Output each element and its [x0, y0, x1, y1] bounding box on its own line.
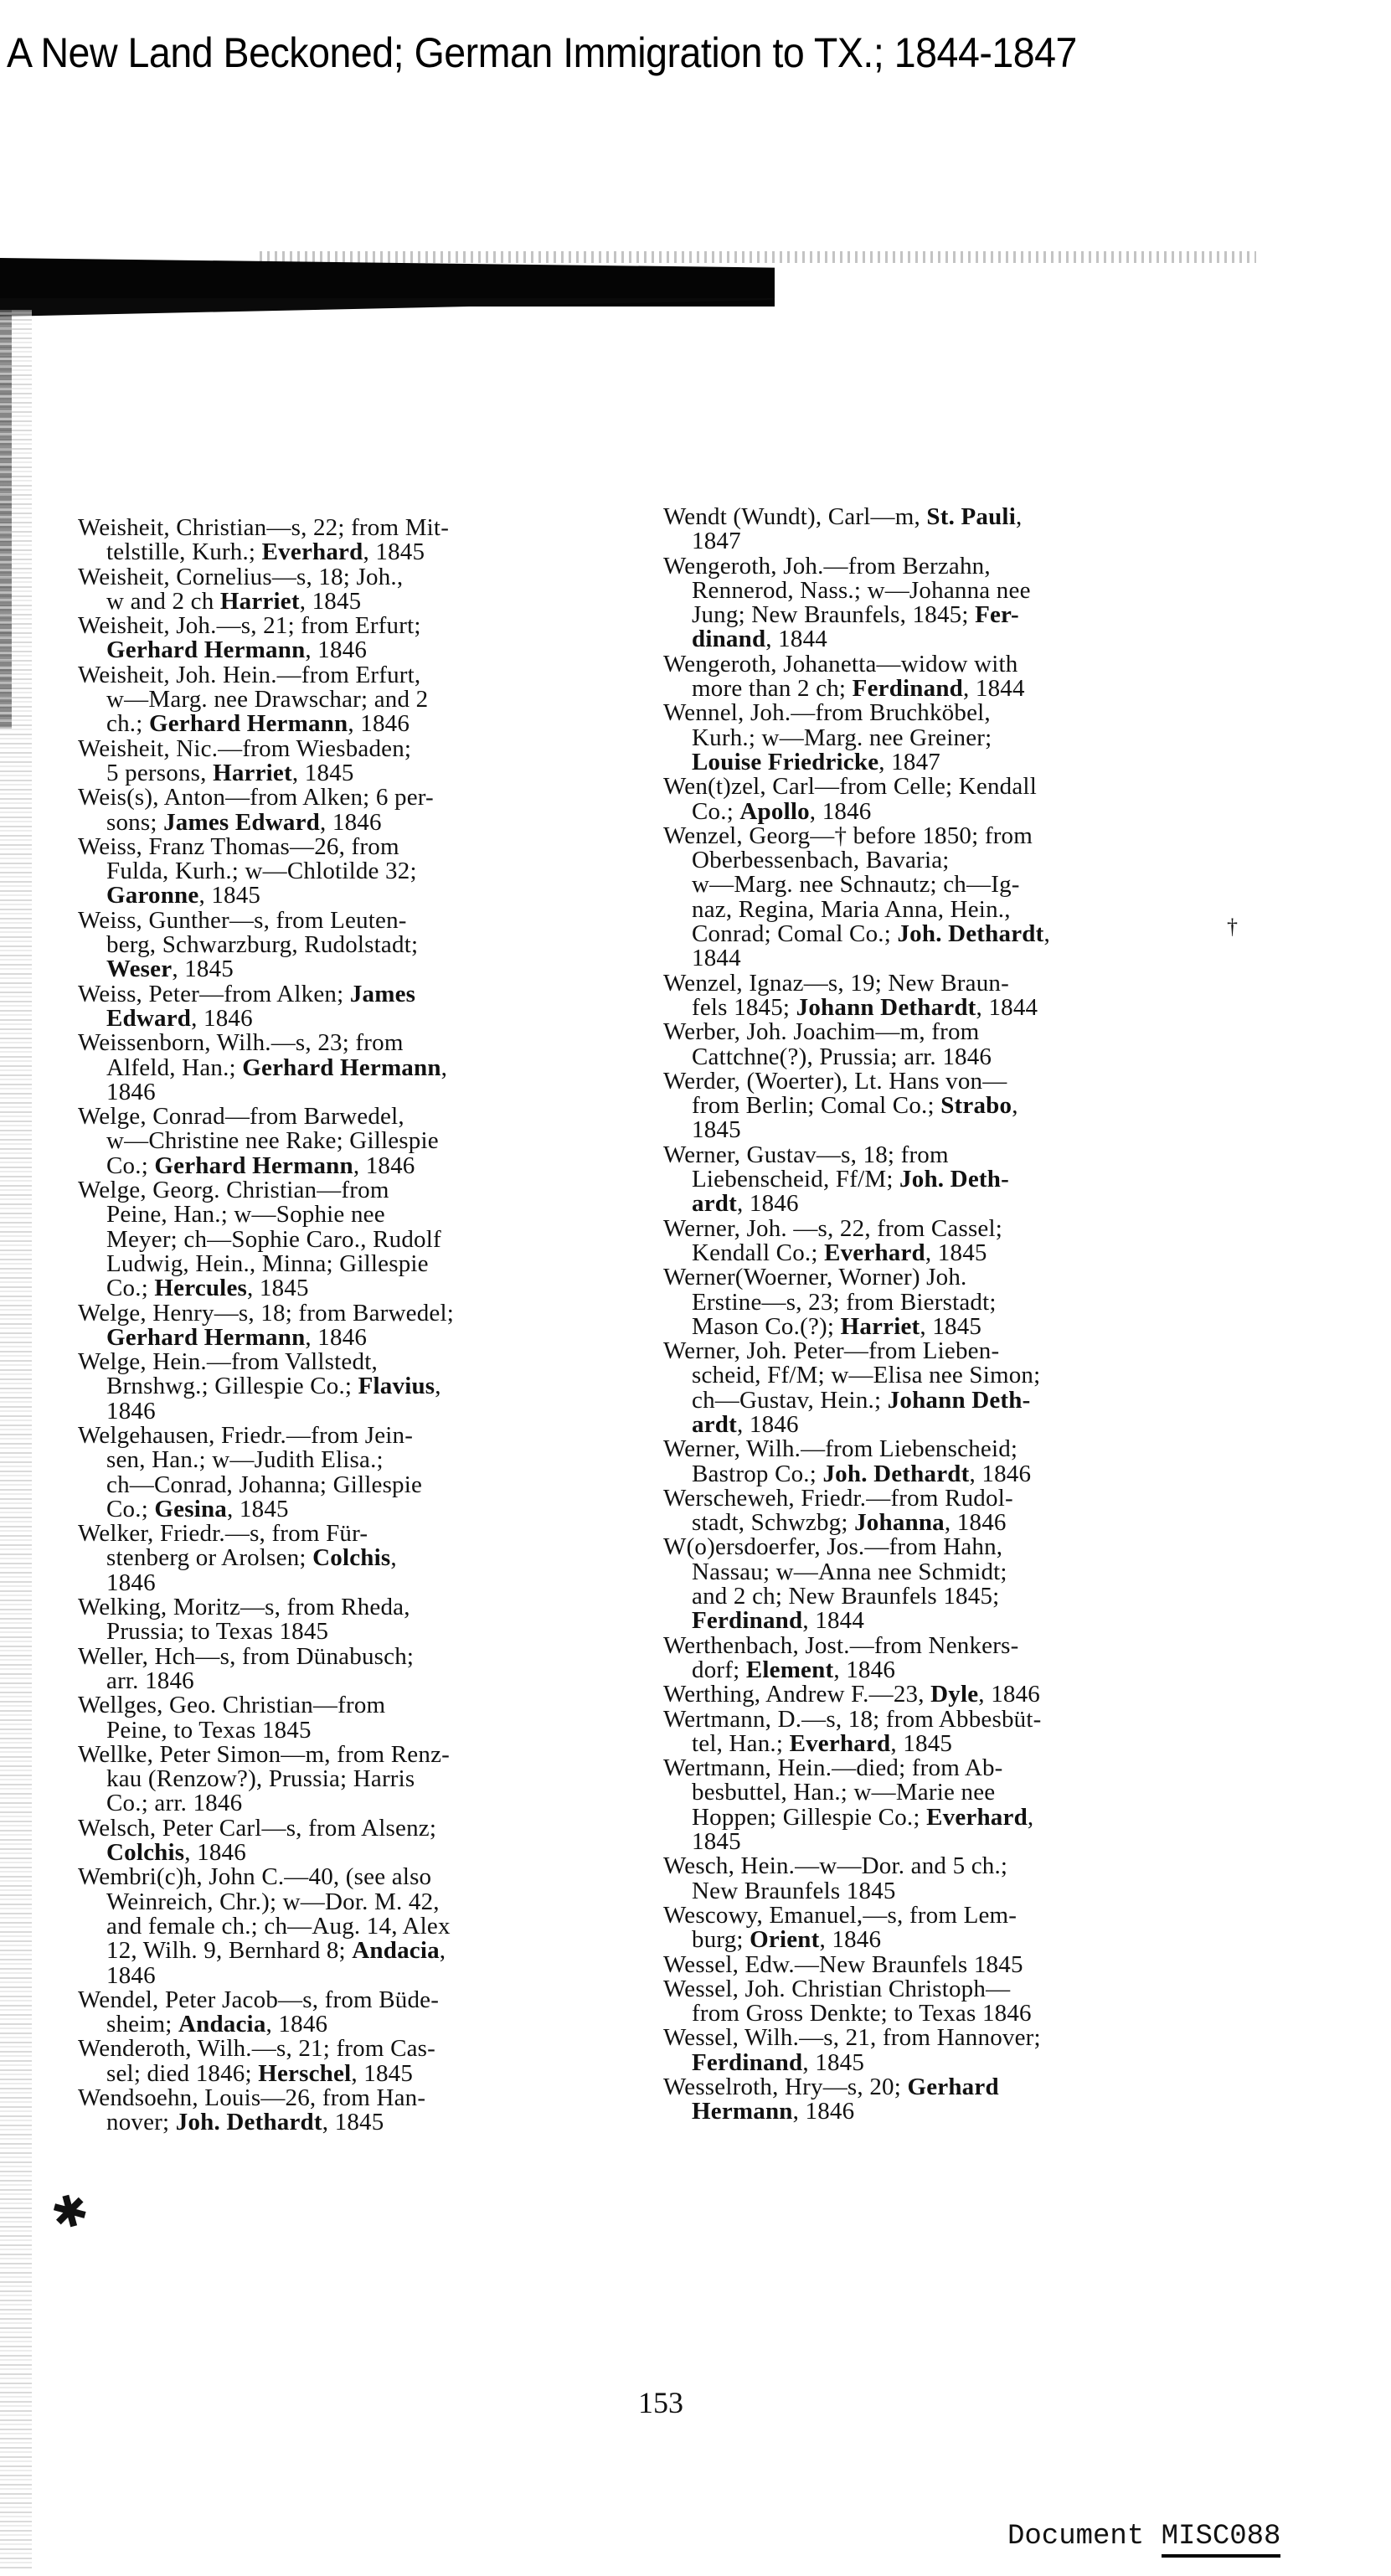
- entry-text: , 1846: [978, 1681, 1040, 1708]
- entry-text: Wengeroth, Joh.—from Berzahn,: [663, 553, 991, 580]
- entry-text: 1845: [692, 1828, 741, 1855]
- entry-continuation: sel; died 1846; Herschel, 1845: [78, 2062, 614, 2086]
- entry-text: Werder, (Woerter), Lt. Hans von—: [663, 1068, 1007, 1095]
- entry-continuation: Co.; arr. 1846: [78, 1791, 614, 1816]
- entry-text: Werner, Gustav—s, 18; from: [663, 1141, 949, 1168]
- document-id: MISC088: [1162, 2521, 1281, 2558]
- entry-headline: Welker, Friedr.—s, from Für-: [78, 1522, 614, 1546]
- entry-text: , 1846: [266, 2011, 328, 2038]
- entry-text: Weisheit, Cornelius—s, 18; Joh.,: [78, 564, 403, 590]
- entry-continuation: New Braunfels 1845: [663, 1879, 1216, 1904]
- entry-text: , 1846: [348, 710, 410, 737]
- directory-entry: Weissenborn, Wilh.—s, 23; fromAlfeld, Ha…: [78, 1031, 614, 1105]
- handwritten-asterisk-icon: ✱: [46, 2183, 95, 2241]
- directory-entry: Wescowy, Emanuel,—s, from Lem-burg; Orie…: [663, 1904, 1216, 1953]
- directory-entry: Wellges, Geo. Christian—fromPeine, to Te…: [78, 1693, 614, 1743]
- entry-text: Werthing, Andrew F.—23,: [663, 1681, 930, 1708]
- entry-headline: Wertmann, Hein.—died; from Ab-: [663, 1756, 1216, 1780]
- entry-text: and 2 ch; New Braunfels 1845;: [692, 1583, 999, 1610]
- entry-text: Welgehausen, Friedr.—from Jein-: [78, 1422, 413, 1449]
- entry-text: Wessel, Wilh.—s, 21, from Hannover;: [663, 2024, 1041, 2051]
- entry-headline: Welge, Georg. Christian—from: [78, 1178, 614, 1203]
- entry-text: w—Marg. nee Schnautz; ch—Ig-: [692, 871, 1020, 898]
- entry-text: , 1845: [363, 538, 425, 565]
- ship-name: Everhard: [790, 1730, 891, 1757]
- directory-entry: Wessel, Edw.—New Braunfels 1845: [663, 1953, 1216, 1977]
- entry-text: , 1845: [351, 2060, 413, 2087]
- entry-headline: Wendel, Peter Jacob—s, from Büde-: [78, 1988, 614, 2012]
- left-column: Weisheit, Christian—s, 22; from Mit-tels…: [78, 516, 614, 2136]
- directory-entry: Wesch, Hein.—w—Dor. and 5 ch.;New Braunf…: [663, 1854, 1216, 1904]
- entry-continuation: Cattchne(?), Prussia; arr. 1846: [663, 1045, 1216, 1069]
- entry-text: from Berlin; Comal Co.;: [692, 1092, 940, 1119]
- entry-text: 1844: [692, 945, 741, 971]
- entry-continuation: Weser, 1845: [78, 957, 614, 981]
- entry-continuation: naz, Regina, Maria Anna, Hein.,: [663, 898, 1216, 922]
- directory-entry: Welge, Henry—s, 18; from Barwedel;Gerhar…: [78, 1301, 614, 1351]
- entry-text: Mason Co.(?);: [692, 1313, 841, 1340]
- entry-text: , 1846: [819, 1926, 881, 1953]
- entry-continuation: 1846: [78, 1080, 614, 1105]
- entry-text: Alfeld, Han.;: [106, 1054, 242, 1081]
- directory-entry: Weisheit, Christian—s, 22; from Mit-tels…: [78, 516, 614, 565]
- entry-continuation: Alfeld, Han.; Gerhard Hermann,: [78, 1056, 614, 1080]
- entry-continuation: 1846: [78, 1964, 614, 1988]
- directory-entry: Weiss, Gunther—s, from Leuten-berg, Schw…: [78, 909, 614, 982]
- directory-entry: Welking, Moritz—s, from Rheda,Prussia; t…: [78, 1595, 614, 1645]
- ship-name: Everhard: [926, 1804, 1028, 1831]
- entry-text: , 1845: [920, 1313, 981, 1340]
- entry-continuation: Louise Friedricke, 1847: [663, 750, 1216, 775]
- entry-headline: Weisheit, Cornelius—s, 18; Joh.,: [78, 565, 614, 590]
- entry-headline: Welge, Conrad—from Barwedel,: [78, 1105, 614, 1129]
- entry-continuation: 12, Wilh. 9, Bernhard 8; Andacia,: [78, 1939, 614, 1963]
- entry-text: stadt, Schwzbg;: [692, 1509, 854, 1536]
- directory-entry: Wessel, Joh. Christian Christoph—from Gr…: [663, 1977, 1216, 2027]
- ship-name: Johann Deth-: [888, 1387, 1031, 1414]
- entry-continuation: burg; Orient, 1846: [663, 1928, 1216, 1952]
- ship-name: Colchis: [106, 1839, 184, 1866]
- entry-text: Weisheit, Nic.—from Wiesbaden;: [78, 735, 411, 762]
- entry-continuation: from Gross Denkte; to Texas 1846: [663, 2002, 1216, 2026]
- entry-text: Wertmann, Hein.—died; from Ab-: [663, 1754, 1003, 1781]
- entry-text: naz, Regina, Maria Anna, Hein.,: [692, 896, 1011, 923]
- entry-headline: Werner, Joh. Peter—from Lieben-: [663, 1339, 1216, 1363]
- entry-text: Werner, Wilh.—from Liebenscheid;: [663, 1435, 1017, 1462]
- entry-continuation: Garonne, 1845: [78, 884, 614, 908]
- entry-text: , 1845: [890, 1730, 952, 1757]
- entry-text: ,: [441, 1054, 447, 1081]
- entry-text: Wellke, Peter Simon—m, from Renz-: [78, 1741, 450, 1768]
- entry-continuation: kau (Renzow?), Prussia; Harris: [78, 1767, 614, 1791]
- entry-continuation: w—Christine nee Rake; Gillespie: [78, 1129, 614, 1153]
- entry-continuation: stadt, Schwzbg; Johanna, 1846: [663, 1511, 1216, 1535]
- entry-text: , 1846: [810, 798, 872, 825]
- directory-entry: Wenzel, Georg—† before 1850; fromOberbes…: [663, 824, 1216, 971]
- ship-name: Harriet: [213, 760, 292, 786]
- directory-entry: Wembri(c)h, John C.—40, (see alsoWeinrei…: [78, 1865, 614, 1987]
- entry-continuation: Co.; Gesina, 1845: [78, 1497, 614, 1522]
- entry-continuation: 1846: [78, 1571, 614, 1595]
- entry-text: 1846: [106, 1962, 156, 1989]
- entry-headline: Wengeroth, Joh.—from Berzahn,: [663, 554, 1216, 579]
- entry-continuation: Mason Co.(?); Harriet, 1845: [663, 1315, 1216, 1339]
- entry-text: scheid, Ff/M; w—Elisa nee Simon;: [692, 1362, 1040, 1388]
- entry-text: Welsch, Peter Carl—s, from Alsenz;: [78, 1815, 436, 1842]
- entry-headline: Wesselroth, Hry—s, 20; Gerhard: [663, 2075, 1216, 2099]
- entry-text: Wengeroth, Johanetta—widow with: [663, 651, 1017, 677]
- entry-text: Co.;: [106, 1496, 154, 1522]
- entry-text: , 1847: [878, 749, 940, 775]
- directory-entry: Wertmann, D.—s, 18; from Abbesbüt-tel, H…: [663, 1708, 1216, 1757]
- entry-continuation: Co.; Gerhard Hermann, 1846: [78, 1154, 614, 1178]
- entry-text: Weiss, Franz Thomas—26, from: [78, 833, 399, 860]
- entry-text: Welge, Georg. Christian—from: [78, 1177, 389, 1203]
- directory-entry: Weisheit, Nic.—from Wiesbaden;5 persons,…: [78, 737, 614, 786]
- ship-name: James: [350, 981, 415, 1007]
- directory-entry: Werner, Joh. —s, 22, from Cassel;Kendall…: [663, 1217, 1216, 1266]
- directory-entry: Welge, Conrad—from Barwedel,w—Christine …: [78, 1105, 614, 1178]
- entry-continuation: more than 2 ch; Ferdinand, 1844: [663, 677, 1216, 701]
- entry-text: ch—Conrad, Johanna; Gillespie: [106, 1471, 422, 1498]
- entry-text: arr. 1846: [106, 1667, 194, 1694]
- entry-text: Welker, Friedr.—s, from Für-: [78, 1520, 368, 1547]
- entry-text: Wenzel, Ignaz—s, 19; New Braun-: [663, 970, 1009, 997]
- entry-text: and female ch.; ch—Aug. 14, Alex: [106, 1913, 451, 1940]
- directory-entry: Weiss, Peter—from Alken; JamesEdward, 18…: [78, 982, 614, 1032]
- ship-name: Edward: [106, 1005, 191, 1032]
- entry-continuation: and 2 ch; New Braunfels 1845;: [663, 1584, 1216, 1609]
- entry-continuation: w—Marg. nee Drawschar; and 2: [78, 688, 614, 712]
- entry-headline: W(o)ersdoerfer, Jos.—from Hahn,: [663, 1535, 1216, 1559]
- entry-text: , 1844: [976, 994, 1038, 1021]
- entry-text: , 1845: [300, 588, 362, 615]
- entry-continuation: Hoppen; Gillespie Co.; Everhard,: [663, 1806, 1216, 1830]
- entry-headline: Welsch, Peter Carl—s, from Alsenz;: [78, 1816, 614, 1841]
- ship-name: ardt: [692, 1411, 737, 1438]
- entry-continuation: fels 1845; Johann Dethardt, 1844: [663, 996, 1216, 1020]
- entry-text: Wendel, Peter Jacob—s, from Büde-: [78, 1986, 439, 2013]
- entry-text: Co.;: [106, 1152, 154, 1179]
- entry-text: , 1846: [305, 1324, 367, 1351]
- entry-text: Weiss, Peter—from Alken;: [78, 981, 350, 1007]
- entry-continuation: Oberbessenbach, Bavaria;: [663, 848, 1216, 873]
- entry-continuation: 1845: [663, 1830, 1216, 1854]
- entry-headline: Welge, Henry—s, 18; from Barwedel;: [78, 1301, 614, 1326]
- entry-continuation: Kendall Co.; Everhard, 1845: [663, 1241, 1216, 1265]
- entry-continuation: w—Marg. nee Schnautz; ch—Ig-: [663, 873, 1216, 897]
- entry-continuation: Rennerod, Nass.; w—Johanna nee: [663, 579, 1216, 603]
- entry-text: , 1846: [320, 809, 382, 836]
- entry-continuation: ardt, 1846: [663, 1413, 1216, 1437]
- entry-text: fels 1845;: [692, 994, 796, 1021]
- entry-headline: Wenzel, Ignaz—s, 19; New Braun-: [663, 971, 1216, 996]
- ship-name: Fer-: [975, 601, 1019, 628]
- ship-name: Johann Dethardt: [796, 994, 976, 1021]
- directory-entry: Werscheweh, Friedr.—from Rudol-stadt, Sc…: [663, 1486, 1216, 1536]
- entry-text: Conrad; Comal Co.;: [692, 920, 897, 947]
- entry-text: besbuttel, Han.; w—Marie nee: [692, 1779, 995, 1806]
- entry-text: Meyer; ch—Sophie Caro., Rudolf: [106, 1226, 441, 1253]
- entry-text: Ludwig, Hein., Minna; Gillespie: [106, 1250, 429, 1277]
- ship-name: Johanna: [854, 1509, 945, 1536]
- ship-name: Hercules: [154, 1275, 247, 1301]
- entry-continuation: Co.; Hercules, 1845: [78, 1276, 614, 1301]
- entry-text: Werber, Joh. Joachim—m, from: [663, 1018, 979, 1045]
- entry-text: Rennerod, Nass.; w—Johanna nee: [692, 577, 1031, 604]
- document-reference: Document MISC088: [1007, 2521, 1280, 2553]
- entry-text: w—Marg. nee Drawschar; and 2: [106, 686, 428, 713]
- entry-text: 1845: [692, 1116, 741, 1143]
- entry-text: Weller, Hch—s, from Dünabusch;: [78, 1643, 414, 1670]
- directory-entry: Wertmann, Hein.—died; from Ab-besbuttel,…: [663, 1756, 1216, 1854]
- entry-text: Peine, Han.; w—Sophie nee: [106, 1201, 385, 1228]
- entry-text: ch—Gustav, Hein.;: [692, 1387, 888, 1414]
- entry-text: ,: [1012, 1092, 1017, 1119]
- directory-entry: Wendsoehn, Louis—26, from Han-nover; Joh…: [78, 2086, 614, 2136]
- entry-continuation: w and 2 ch Harriet, 1845: [78, 590, 614, 614]
- entry-text: Co.;: [692, 798, 739, 825]
- entry-text: Weisheit, Christian—s, 22; from Mit-: [78, 514, 449, 541]
- entry-continuation: Ferdinand, 1845: [663, 2051, 1216, 2075]
- document-title: A New Land Beckoned; German Immigration …: [7, 28, 1292, 77]
- entry-text: nover;: [106, 2109, 176, 2136]
- entry-headline: Weisheit, Joh. Hein.—from Erfurt,: [78, 663, 614, 688]
- entry-continuation: sons; James Edward, 1846: [78, 811, 614, 835]
- entry-continuation: 1844: [663, 946, 1216, 971]
- entry-continuation: Conrad; Comal Co.; Joh. Dethardt,: [663, 922, 1216, 946]
- entry-text: Welge, Henry—s, 18; from Barwedel;: [78, 1300, 454, 1327]
- ship-name: Louise Friedricke: [692, 749, 878, 775]
- directory-entry: Werber, Joh. Joachim—m, fromCattchne(?),…: [663, 1020, 1216, 1069]
- entry-headline: Wennel, Joh.—from Bruchköbel,: [663, 701, 1216, 725]
- ship-name: dinand: [692, 626, 765, 652]
- entry-continuation: Bastrop Co.; Joh. Dethardt, 1846: [663, 1462, 1216, 1486]
- entry-continuation: Edward, 1846: [78, 1007, 614, 1031]
- directory-entry: Werthenbach, Jost.—from Nenkers-dorf; El…: [663, 1634, 1216, 1683]
- ship-name: ardt: [692, 1190, 737, 1217]
- entry-continuation: Ferdinand, 1844: [663, 1609, 1216, 1633]
- entry-headline: Werner, Gustav—s, 18; from: [663, 1143, 1216, 1167]
- entry-text: ,: [1028, 1804, 1033, 1831]
- entry-text: Wertmann, D.—s, 18; from Abbesbüt-: [663, 1706, 1042, 1733]
- directory-entry: Werthing, Andrew F.—23, Dyle, 1846: [663, 1682, 1216, 1707]
- entry-text: New Braunfels 1845: [692, 1878, 896, 1904]
- entry-continuation: 1847: [663, 529, 1216, 554]
- directory-entry: Wendel, Peter Jacob—s, from Büde-sheim; …: [78, 1988, 614, 2038]
- directory-entry: Welsch, Peter Carl—s, from Alsenz;Colchi…: [78, 1816, 614, 1866]
- entry-headline: Weis(s), Anton—from Alken; 6 per-: [78, 786, 614, 810]
- directory-entry: Wenderoth, Wilh.—s, 21; from Cas-sel; di…: [78, 2037, 614, 2086]
- ship-name: Gerhard Hermann: [106, 1324, 305, 1351]
- directory-entry: Welker, Friedr.—s, from Für-stenberg or …: [78, 1522, 614, 1595]
- entry-text: ,: [1016, 503, 1022, 530]
- ship-name: Strabo: [940, 1092, 1012, 1119]
- entry-text: w and 2 ch: [106, 588, 220, 615]
- entry-text: , 1844: [802, 1607, 864, 1634]
- entry-headline: Weiss, Peter—from Alken; James: [78, 982, 614, 1007]
- entry-continuation: 1846: [78, 1399, 614, 1424]
- entry-text: , 1845: [292, 760, 354, 786]
- directory-entry: Wen(t)zel, Carl—from Celle; KendallCo.; …: [663, 775, 1216, 824]
- entry-continuation: stenberg or Arolsen; Colchis,: [78, 1546, 614, 1570]
- directory-entry: Werner, Wilh.—from Liebenscheid;Bastrop …: [663, 1437, 1216, 1486]
- scan-shadow-bar-lower: [0, 298, 775, 317]
- entry-text: sel; died 1846;: [106, 2060, 258, 2087]
- entry-headline: Wendsoehn, Louis—26, from Han-: [78, 2086, 614, 2110]
- entry-text: stenberg or Arolsen;: [106, 1544, 312, 1571]
- entry-headline: Wenzel, Georg—† before 1850; from: [663, 824, 1216, 848]
- directory-entry: Wessel, Wilh.—s, 21, from Hannover;Ferdi…: [663, 2026, 1216, 2075]
- entry-text: Wellges, Geo. Christian—from: [78, 1692, 385, 1718]
- entry-text: Brnshwg.; Gillespie Co.;: [106, 1373, 358, 1399]
- ship-name: Weser: [106, 956, 172, 982]
- entry-continuation: Meyer; ch—Sophie Caro., Rudolf: [78, 1228, 614, 1252]
- entry-continuation: ch—Gustav, Hein.; Johann Deth-: [663, 1388, 1216, 1413]
- entry-text: 1846: [106, 1079, 156, 1105]
- entry-headline: Wengeroth, Johanetta—widow with: [663, 652, 1216, 677]
- directory-entry: Wengeroth, Johanetta—widow withmore than…: [663, 652, 1216, 702]
- entry-text: berg, Schwarzburg, Rudolstadt;: [106, 931, 418, 958]
- entry-continuation: berg, Schwarzburg, Rudolstadt;: [78, 933, 614, 957]
- entry-continuation: ardt, 1846: [663, 1192, 1216, 1216]
- entry-text: , 1846: [737, 1411, 799, 1438]
- entry-headline: Wertmann, D.—s, 18; from Abbesbüt-: [663, 1708, 1216, 1732]
- entry-text: Oberbessenbach, Bavaria;: [692, 847, 950, 873]
- ship-name: Joh. Dethardt: [176, 2109, 322, 2136]
- entry-text: ,: [440, 1937, 446, 1964]
- entry-text: , 1845: [247, 1275, 309, 1301]
- entry-headline: Weisheit, Christian—s, 22; from Mit-: [78, 516, 614, 540]
- entry-continuation: Brnshwg.; Gillespie Co.; Flavius,: [78, 1374, 614, 1399]
- entry-continuation: from Berlin; Comal Co.; Strabo,: [663, 1094, 1216, 1118]
- entry-text: , 1845: [172, 956, 234, 982]
- entry-text: , 1845: [925, 1239, 987, 1266]
- entry-text: Wen(t)zel, Carl—from Celle; Kendall: [663, 773, 1037, 800]
- entry-text: ,: [435, 1373, 440, 1399]
- entry-continuation: Prussia; to Texas 1845: [78, 1620, 614, 1644]
- entry-continuation: tel, Han.; Everhard, 1845: [663, 1732, 1216, 1756]
- entry-text: , 1846: [945, 1509, 1007, 1536]
- entry-text: Nassau; w—Anna nee Schmidt;: [692, 1558, 1007, 1585]
- entry-headline: Welge, Hein.—from Vallstedt,: [78, 1350, 614, 1374]
- entry-text: Welking, Moritz—s, from Rheda,: [78, 1594, 410, 1620]
- entry-text: more than 2 ch;: [692, 675, 853, 702]
- directory-entry: Wenzel, Ignaz—s, 19; New Braun-fels 1845…: [663, 971, 1216, 1021]
- entry-continuation: Co.; Apollo, 1846: [663, 800, 1216, 824]
- entry-headline: Weisheit, Joh.—s, 21; from Erfurt;: [78, 614, 614, 638]
- entry-continuation: Fulda, Kurh.; w—Chlotilde 32;: [78, 859, 614, 884]
- ship-name: Ferdinand: [692, 1607, 802, 1634]
- entry-continuation: nover; Joh. Dethardt, 1845: [78, 2110, 614, 2135]
- entry-headline: Weiss, Franz Thomas—26, from: [78, 835, 614, 859]
- entry-text: , 1845: [227, 1496, 289, 1522]
- entry-continuation: 5 persons, Harriet, 1845: [78, 761, 614, 786]
- entry-text: Jung; New Braunfels, 1845;: [692, 601, 975, 628]
- ship-name: Gerhard Hermann: [149, 710, 348, 737]
- directory-entry: Wendt (Wundt), Carl—m, St. Pauli,1847: [663, 505, 1216, 554]
- entry-text: , 1845: [198, 882, 260, 909]
- entry-text: sen, Han.; w—Judith Elisa.;: [106, 1446, 384, 1473]
- ship-name: St. Pauli: [926, 503, 1016, 530]
- entry-text: W(o)ersdoerfer, Jos.—from Hahn,: [663, 1533, 1002, 1560]
- entry-headline: Wesch, Hein.—w—Dor. and 5 ch.;: [663, 1854, 1216, 1878]
- ship-name: Flavius: [358, 1373, 435, 1399]
- entry-headline: Werber, Joh. Joachim—m, from: [663, 1020, 1216, 1044]
- entry-text: Weiss, Gunther—s, from Leuten-: [78, 907, 407, 934]
- entry-text: 1846: [106, 1569, 156, 1596]
- directory-entry: Weisheit, Cornelius—s, 18; Joh.,w and 2 …: [78, 565, 614, 615]
- directory-entry: Weller, Hch—s, from Dünabusch;arr. 1846: [78, 1645, 614, 1694]
- entry-text: Co.;: [106, 1275, 154, 1301]
- entry-continuation: sen, Han.; w—Judith Elisa.;: [78, 1448, 614, 1472]
- entry-text: telstille, Kurh.;: [106, 538, 262, 565]
- ship-name: Colchis: [312, 1544, 390, 1571]
- entry-continuation: Peine, Han.; w—Sophie nee: [78, 1203, 614, 1227]
- entry-text: 5 persons,: [106, 760, 213, 786]
- entry-headline: Werner, Joh. —s, 22, from Cassel;: [663, 1217, 1216, 1241]
- right-column: Wendt (Wundt), Carl—m, St. Pauli,1847Wen…: [663, 505, 1216, 2125]
- entry-headline: Wellges, Geo. Christian—from: [78, 1693, 614, 1718]
- scan-edge-fringe: [260, 251, 1256, 263]
- entry-headline: Wessel, Edw.—New Braunfels 1845: [663, 1953, 1216, 1977]
- entry-continuation: telstille, Kurh.; Everhard, 1845: [78, 540, 614, 564]
- entry-text: Wessel, Joh. Christian Christoph—: [663, 1976, 1010, 2002]
- directory-entry: Wesselroth, Hry—s, 20; GerhardHermann, 1…: [663, 2075, 1216, 2125]
- entry-continuation: Gerhard Hermann, 1846: [78, 1326, 614, 1350]
- entry-continuation: Gerhard Hermann, 1846: [78, 638, 614, 662]
- ship-name: Gerhard Hermann: [242, 1054, 440, 1081]
- entry-text: 1846: [106, 1398, 156, 1425]
- directory-entry: Werder, (Woerter), Lt. Hans von—from Ber…: [663, 1069, 1216, 1143]
- entry-text: Weis(s), Anton—from Alken; 6 per-: [78, 784, 434, 811]
- entry-text: Wescowy, Emanuel,—s, from Lem-: [663, 1902, 1017, 1929]
- entry-text: Wessel, Edw.—New Braunfels 1845: [663, 1951, 1023, 1978]
- entry-text: Wenderoth, Wilh.—s, 21; from Cas-: [78, 2035, 435, 2062]
- entry-continuation: ch.; Gerhard Hermann, 1846: [78, 712, 614, 736]
- entry-text: Werscheweh, Friedr.—from Rudol-: [663, 1485, 1013, 1512]
- entry-text: Prussia; to Texas 1845: [106, 1618, 328, 1645]
- entry-text: Fulda, Kurh.; w—Chlotilde 32;: [106, 858, 417, 884]
- entry-text: ,: [1043, 920, 1049, 947]
- ship-name: Gerhard Hermann: [106, 636, 305, 663]
- entry-text: Wembri(c)h, John C.—40, (see also: [78, 1863, 431, 1890]
- entry-continuation: Nassau; w—Anna nee Schmidt;: [663, 1560, 1216, 1584]
- ship-name: Dyle: [930, 1681, 978, 1708]
- entry-text: w—Christine nee Rake; Gillespie: [106, 1127, 439, 1154]
- entry-text: Co.; arr. 1846: [106, 1790, 242, 1816]
- directory-entry: Werner(Woerner, Worner) Joh.Erstine—s, 2…: [663, 1265, 1216, 1339]
- ship-name: Gesina: [154, 1496, 227, 1522]
- entry-headline: Wen(t)zel, Carl—from Celle; Kendall: [663, 775, 1216, 799]
- entry-text: Liebenscheid, Ff/M;: [692, 1166, 899, 1193]
- directory-entry: Wengeroth, Joh.—from Berzahn,Rennerod, N…: [663, 554, 1216, 652]
- entry-text: dorf;: [692, 1656, 746, 1683]
- ship-name: Andacia: [178, 2011, 266, 2038]
- entry-headline: Wessel, Wilh.—s, 21, from Hannover;: [663, 2026, 1216, 2050]
- ship-name: Element: [746, 1656, 834, 1683]
- directory-entry: Welge, Georg. Christian—fromPeine, Han.;…: [78, 1178, 614, 1301]
- entry-text: Werthenbach, Jost.—from Nenkers-: [663, 1632, 1018, 1659]
- entry-text: sons;: [106, 809, 163, 836]
- entry-continuation: ch—Conrad, Johanna; Gillespie: [78, 1473, 614, 1497]
- entry-text: Bastrop Co.;: [692, 1461, 822, 1487]
- entry-text: Werner, Joh. Peter—from Lieben-: [663, 1337, 999, 1364]
- entry-text: , 1846: [737, 1190, 799, 1217]
- entry-text: Welge, Hein.—from Vallstedt,: [78, 1348, 378, 1375]
- entry-text: , 1846: [833, 1656, 895, 1683]
- ship-name: Gerhard Hermann: [154, 1152, 353, 1179]
